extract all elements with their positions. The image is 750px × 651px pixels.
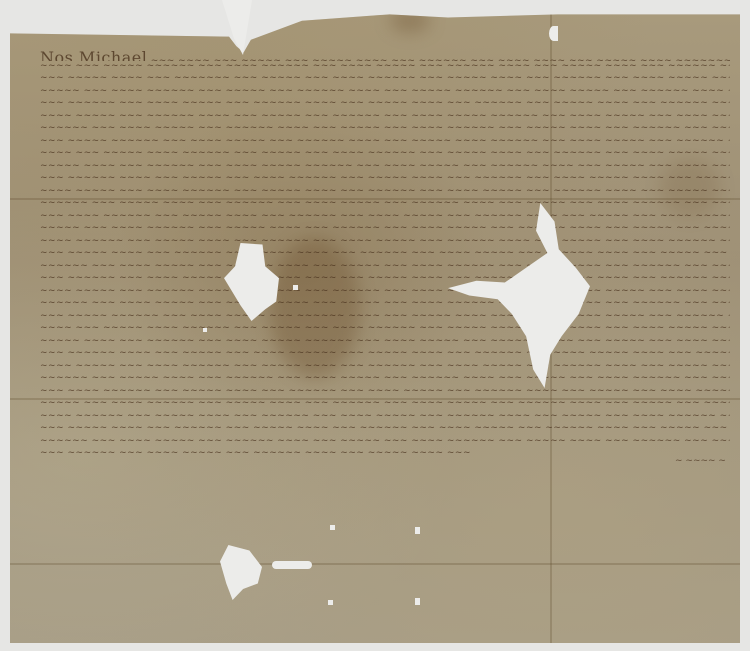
text-line: ~~~~~~ ~~~ ~~~~~ ~~~~ ~~~ ~~~~~~ ~~~ ~~~… <box>40 373 730 386</box>
small-pinhole <box>330 525 335 530</box>
text-line: ~~~~~ ~~~ ~~~~ ~~~~~~ ~~~ ~~~~~ ~~~~ ~~~… <box>40 223 730 236</box>
small-pinhole <box>328 600 333 605</box>
text-line: ~~~~~ ~~~ ~~~~ ~~~~~~ ~~~ ~~~~~ ~~~~ ~~~… <box>40 398 730 411</box>
text-line: ~~~~~~ ~~~ ~~~~ ~~~~~ ~~~ ~~~~~~ ~~~~ ~~… <box>40 436 730 449</box>
text-line: ~~~~~ ~~~ ~~~~ ~~~~~~ ~~~ ~~~~~ ~~~ ~~~~… <box>40 86 730 99</box>
opening-words: Nos Michael <box>40 48 147 61</box>
upper-right-small-hole <box>549 26 558 41</box>
text-line: ~~~~~ ~~~~ ~~~ ~~~~~~ ~~~ ~~~~ ~~~~~ ~~~… <box>40 161 730 174</box>
lower-left-slit <box>272 561 312 569</box>
text-line: ~~~ ~~~~~ ~~~~~~ ~~~ ~~~~ ~~~~~ ~~~ ~~~~… <box>40 311 730 324</box>
text-line: ~~~ ~~~~ ~~~~~~ ~~~ ~~~~~ ~~~~ ~~~ ~~~~~… <box>40 211 730 224</box>
small-pinhole <box>415 598 420 605</box>
text-line: ~~~~~ ~~~~ ~~~ ~~~~~~ ~~~ ~~~~ ~~~~~ ~~~… <box>40 336 730 349</box>
text-line: ~~~~ ~~~~~ ~~~ ~~~~ ~~~~~~ ~~~ ~~~~~ ~~~… <box>40 186 730 199</box>
small-pinhole <box>293 285 298 290</box>
text-line: ~~~~ ~~~~~ ~~~ ~~~~~~ ~~~~ ~~~ ~~~~~ ~~~… <box>40 111 730 124</box>
text-line: ~~~~ ~~~ ~~~~~ ~~~~ ~~~~~~ ~~~ ~~~~~ ~~~… <box>40 148 730 161</box>
text-line: ~~~ ~~~~~ ~~~~~~ ~~~ ~~~~ ~~~~~ ~~~ ~~~~… <box>40 136 730 149</box>
text-line: ~~~ ~~~~~~ ~~~~ ~~~ ~~~~~ ~~~ ~~~~ ~~~~~… <box>40 348 730 361</box>
text-line: ~~~~~~ ~~~ ~~~~ ~~~~~ ~~~ ~~~~~~ ~~~~ ~~… <box>40 123 730 136</box>
text-line: ~~~~~~ ~~~ ~~~~ ~~~~~ ~~~ ~~~~~~ ~~~~ ~~… <box>40 261 730 274</box>
text-line: ~~~ ~~~~~~ ~~~~ ~~~ ~~~~~ ~~~ ~~~~ ~~~~~… <box>40 173 730 186</box>
text-line: ~~~~ ~~~ ~~~~~ ~~~~ ~~~~~~ ~~~ ~~~~~ ~~~… <box>40 323 730 336</box>
water-stain <box>390 8 430 33</box>
parchment-document: Nos Michael ~~~ ~~~~ ~~~ ~~~~~ ~~~ ~~~~~… <box>10 8 740 643</box>
text-line-opening: Nos Michael ~~~ ~~~~ ~~~ ~~~~~ ~~~ ~~~~~… <box>40 48 730 61</box>
text-line: ~~~ ~~~~~ ~~~~ ~~~ ~~~~~~~ ~~~ ~~~~~ ~~~… <box>40 73 730 86</box>
small-pinhole <box>203 328 207 332</box>
text-line: ~~~ ~~~~~~ ~~~ ~~~~ ~~~~~ ~~~ ~~~~~~ ~~~… <box>40 273 730 286</box>
text-line: ~~~ ~~~~~ ~~~~ ~~~ ~~~~~~ ~~~ ~~~~~ ~~~~… <box>40 423 730 436</box>
horizontal-fold-line <box>10 563 740 565</box>
text-line: ~~~~ ~~~~~ ~~~ ~~~~ ~~~~~~ ~~~ ~~~~~ ~~~… <box>40 361 730 374</box>
text-line: ~~~~ ~~~~~ ~~~ ~~~~~~ ~~~~ ~~~ ~~~~~ ~~~… <box>40 286 730 299</box>
text-line: ~~~~ ~~~ ~~~~~ ~~~~~~ ~~~ ~~~~ ~~~~~~ ~~… <box>40 61 730 74</box>
text-line: ~~~ ~~~~~ ~~~~ ~~~ ~~~~~~ ~~~ ~~~~~ ~~~~… <box>40 248 730 261</box>
text-line: ~~~ ~~~~~~ ~~~ ~~~~ ~~~~~ ~~~ ~~~~~~ ~~~… <box>40 98 730 111</box>
notarial-subscription-mark: ~ ~~~~ ~ <box>675 456 726 466</box>
text-line: ~~~~ ~~~~~~ ~~~ ~~~~~ ~~~~ ~~~ ~~~~~~ ~~… <box>40 236 730 249</box>
text-line: ~~~~ ~~~~~~ ~~~ ~~~~~ ~~~~ ~~~ ~~~~~~ ~~… <box>40 411 730 424</box>
text-line: ~~~~~~ ~~~ ~~~~~ ~~~~ ~~~ ~~~~~~ ~~~ ~~~… <box>40 198 730 211</box>
text-line: ~~~ ~~~~~~ ~~~ ~~~~ ~~~~~ ~~~ ~~~~~~ ~~~… <box>40 448 730 461</box>
handwritten-text-block: Nos Michael ~~~ ~~~~ ~~~ ~~~~~ ~~~ ~~~~~… <box>40 48 730 478</box>
small-pinhole <box>415 527 420 534</box>
text-line: ~~~ ~~~~ ~~~~~~ ~~~ ~~~~~ ~~~~ ~~~ ~~~~~… <box>40 386 730 399</box>
text-line: ~~~~~~ ~~~ ~~~~ ~~~~~ ~~~ ~~~~~~ ~~~~ ~~… <box>40 298 730 311</box>
